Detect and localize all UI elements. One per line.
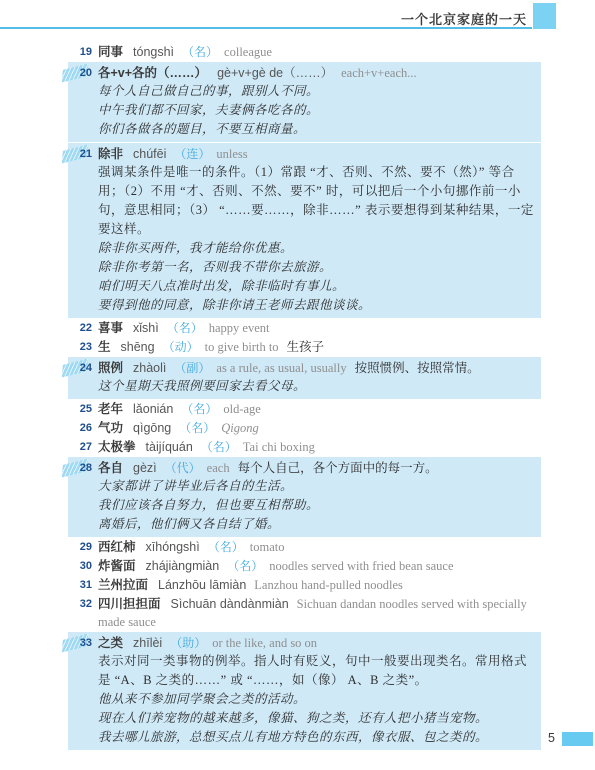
entry-english: colleague — [224, 45, 272, 59]
entry-english: noodles served with fried bean sauce — [269, 559, 453, 573]
entry-word: 各+v+各的（……） — [98, 66, 207, 80]
header-title: 一个北京家庭的一天 — [401, 9, 527, 28]
vocab-entry: 26 气功qìgōng（名）Qigong — [68, 419, 541, 437]
entry-word: 生 — [98, 340, 111, 354]
entry-english: happy event — [209, 321, 270, 335]
entry-pos: （名） — [227, 559, 263, 573]
entry-gloss: 每个人自己，各个方面中的每一方。 — [238, 461, 438, 475]
vocab-entry: 32 四川担担面Sìchuān dàndànmiànSichuan dandan… — [68, 595, 541, 631]
entry-number: 33 — [70, 634, 92, 652]
entry-pos: （代） — [165, 461, 201, 475]
vocab-entry: 23 生shēng（动）to give birth to生孩子 — [68, 338, 541, 356]
entry-number: 31 — [70, 576, 92, 594]
entry-word: 太极拳 — [98, 440, 136, 454]
entry-word: 照例 — [98, 361, 123, 375]
entry-pinyin: gè+v+gè de（……） — [217, 66, 333, 80]
example-sentence: 现在人们养宠物的越来越多，像猫、狗之类，还有人把小猪当宠物。 — [98, 709, 537, 728]
entry-english: as a rule, as usual, usually — [216, 361, 346, 375]
entry-number: 26 — [70, 419, 92, 437]
entry-word: 气功 — [98, 421, 123, 435]
entry-pos: （名） — [182, 45, 218, 59]
entry-number: 19 — [70, 43, 92, 61]
entry-word: 四川担担面 — [98, 597, 161, 611]
entry-english: or the like, and so on — [212, 636, 317, 650]
explanation-text: 强调某条件是唯一的条件。（1）常跟 “才、否则、不然、要不（然）” 等合用；（2… — [98, 163, 537, 239]
vocab-entry: 22 喜事xǐshì（名）happy event — [68, 319, 541, 337]
entry-pinyin: shēng — [121, 340, 155, 354]
entry-number: 30 — [70, 557, 92, 575]
entry-pinyin: zhájiàngmiàn — [146, 559, 220, 573]
vocab-entry: 19 同事tóngshì（名）colleague — [68, 43, 541, 61]
example-sentence: 他从来不参加同学聚会之类的活动。 — [98, 690, 537, 709]
footer-bar — [562, 732, 593, 746]
vocab-entry: 29 西红柿xīhóngshì（名）tomato — [68, 538, 541, 556]
entry-number: 27 — [70, 438, 92, 456]
example-sentence: 大家都讲了讲毕业后各自的生活。 — [98, 477, 537, 496]
entry-pinyin: qìgōng — [133, 421, 171, 435]
entry-english: unless — [216, 147, 247, 161]
entry-number: 21 — [70, 145, 92, 163]
vocab-entry: 33 之类zhīlèi（助）or the like, and so on 表示对… — [68, 632, 541, 750]
entry-pinyin: tóngshì — [133, 45, 174, 59]
entry-pinyin: zhàolì — [133, 361, 166, 375]
entry-pos: （名） — [201, 440, 237, 454]
entry-pos: （名） — [167, 321, 203, 335]
entry-word: 西红柿 — [98, 540, 136, 554]
vocab-entry: 30 炸酱面zhájiàngmiàn（名）noodles served with… — [68, 557, 541, 575]
entry-number: 29 — [70, 538, 92, 556]
header-tab — [533, 3, 556, 29]
entry-english: Lanzhou hand-pulled noodles — [254, 578, 403, 592]
entry-english: to give birth to — [205, 340, 279, 354]
vocab-entry: 24 照例zhàolì（副）as a rule, as usual, usual… — [68, 357, 541, 399]
entry-pos: （助） — [170, 636, 206, 650]
example-sentence: 我们应该各自努力，但也要互相帮助。 — [98, 496, 537, 515]
entry-pinyin: tàijíquán — [146, 440, 193, 454]
example-sentence: 这个星期天我照例要回家去看父母。 — [98, 377, 537, 396]
example-sentence: 要得到他的同意，除非你请王老师去跟他谈谈。 — [98, 296, 537, 315]
entry-pinyin: gèzì — [133, 461, 157, 475]
entry-pinyin: zhīlèi — [133, 636, 162, 650]
vocab-entry: 27 太极拳tàijíquán（名）Tai chi boxing — [68, 438, 541, 456]
entry-word: 老年 — [98, 402, 123, 416]
example-sentence: 除非你考第一名，否则我不带你去旅游。 — [98, 258, 537, 277]
entry-pinyin: Sìchuān dàndànmiàn — [171, 597, 289, 611]
entry-pos: （副） — [174, 361, 210, 375]
entry-word: 炸酱面 — [98, 559, 136, 573]
vocab-entry: 28 各自gèzì（代）each每个人自己，各个方面中的每一方。 大家都讲了讲毕… — [68, 457, 541, 537]
entry-gloss: 生孩子 — [287, 340, 325, 354]
entry-number: 20 — [70, 64, 92, 82]
entry-english: old-age — [223, 402, 260, 416]
entry-gloss: 按照惯例、按照常情。 — [355, 361, 480, 375]
vocab-entry: 31 兰州拉面Lánzhōu lāmiànLanzhou hand-pulled… — [68, 576, 541, 594]
entry-pos: （动） — [163, 340, 199, 354]
entry-pos: （名） — [208, 540, 244, 554]
example-sentence: 每个人自己做自己的事，跟别人不同。 — [98, 82, 537, 101]
header-rule — [0, 27, 532, 29]
example-sentence: 除非你买两件，我才能给你优惠。 — [98, 239, 537, 258]
entry-number: 32 — [70, 595, 92, 613]
entry-word: 之类 — [98, 636, 123, 650]
entry-word: 兰州拉面 — [98, 578, 148, 592]
entry-number: 25 — [70, 400, 92, 418]
entry-word: 各自 — [98, 461, 123, 475]
entry-pinyin: Lánzhōu lāmiàn — [158, 578, 246, 592]
entry-number: 22 — [70, 319, 92, 337]
vocab-entry: 21 除非chúfēi（连）unless 强调某条件是唯一的条件。（1）常跟 “… — [68, 143, 541, 318]
vocab-list: 19 同事tóngshì（名）colleague 20 各+v+各的（……）gè… — [68, 43, 541, 751]
vocab-entry: 20 各+v+各的（……）gè+v+gè de（……）each+v+each..… — [68, 62, 541, 142]
entry-english: each — [207, 461, 230, 475]
entry-english: Tai chi boxing — [243, 440, 315, 454]
entry-pinyin: chúfēi — [133, 147, 166, 161]
entry-number: 24 — [70, 359, 92, 377]
entry-pinyin: lǎonián — [133, 402, 173, 416]
entry-number: 28 — [70, 459, 92, 477]
entry-english: tomato — [250, 540, 285, 554]
entry-pos: （连） — [174, 147, 210, 161]
example-sentence: 我去哪儿旅游，总想买点儿有地方特色的东西，像衣服、包之类的。 — [98, 728, 537, 747]
explanation-text: 表示对同一类事物的例举。指人时有贬义，句中一般要出现类名。常用格式是 “A、B … — [98, 652, 537, 690]
entry-pinyin: xǐshì — [133, 321, 159, 335]
entry-pos: （名） — [181, 402, 217, 416]
example-sentence: 咱们明天八点准时出发，除非临时有事儿。 — [98, 277, 537, 296]
entry-pos: （名） — [179, 421, 215, 435]
entry-number: 23 — [70, 338, 92, 356]
entry-pinyin: xīhóngshì — [146, 540, 200, 554]
entry-word: 同事 — [98, 45, 123, 59]
entry-word: 喜事 — [98, 321, 123, 335]
entry-english: each+v+each... — [341, 66, 417, 80]
example-sentence: 离婚后，他们俩又各自结了婚。 — [98, 515, 537, 534]
page-number: 5 — [548, 731, 555, 745]
vocab-entry: 25 老年lǎonián（名）old-age — [68, 400, 541, 418]
example-sentence: 你们各做各的题目，不要互相商量。 — [98, 120, 537, 139]
entry-english: Qigong — [221, 421, 259, 435]
entry-word: 除非 — [98, 147, 123, 161]
entry-english: Sichuan dandan noodles served with speci… — [98, 597, 527, 629]
example-sentence: 中午我们都不回家，夫妻俩各吃各的。 — [98, 101, 537, 120]
